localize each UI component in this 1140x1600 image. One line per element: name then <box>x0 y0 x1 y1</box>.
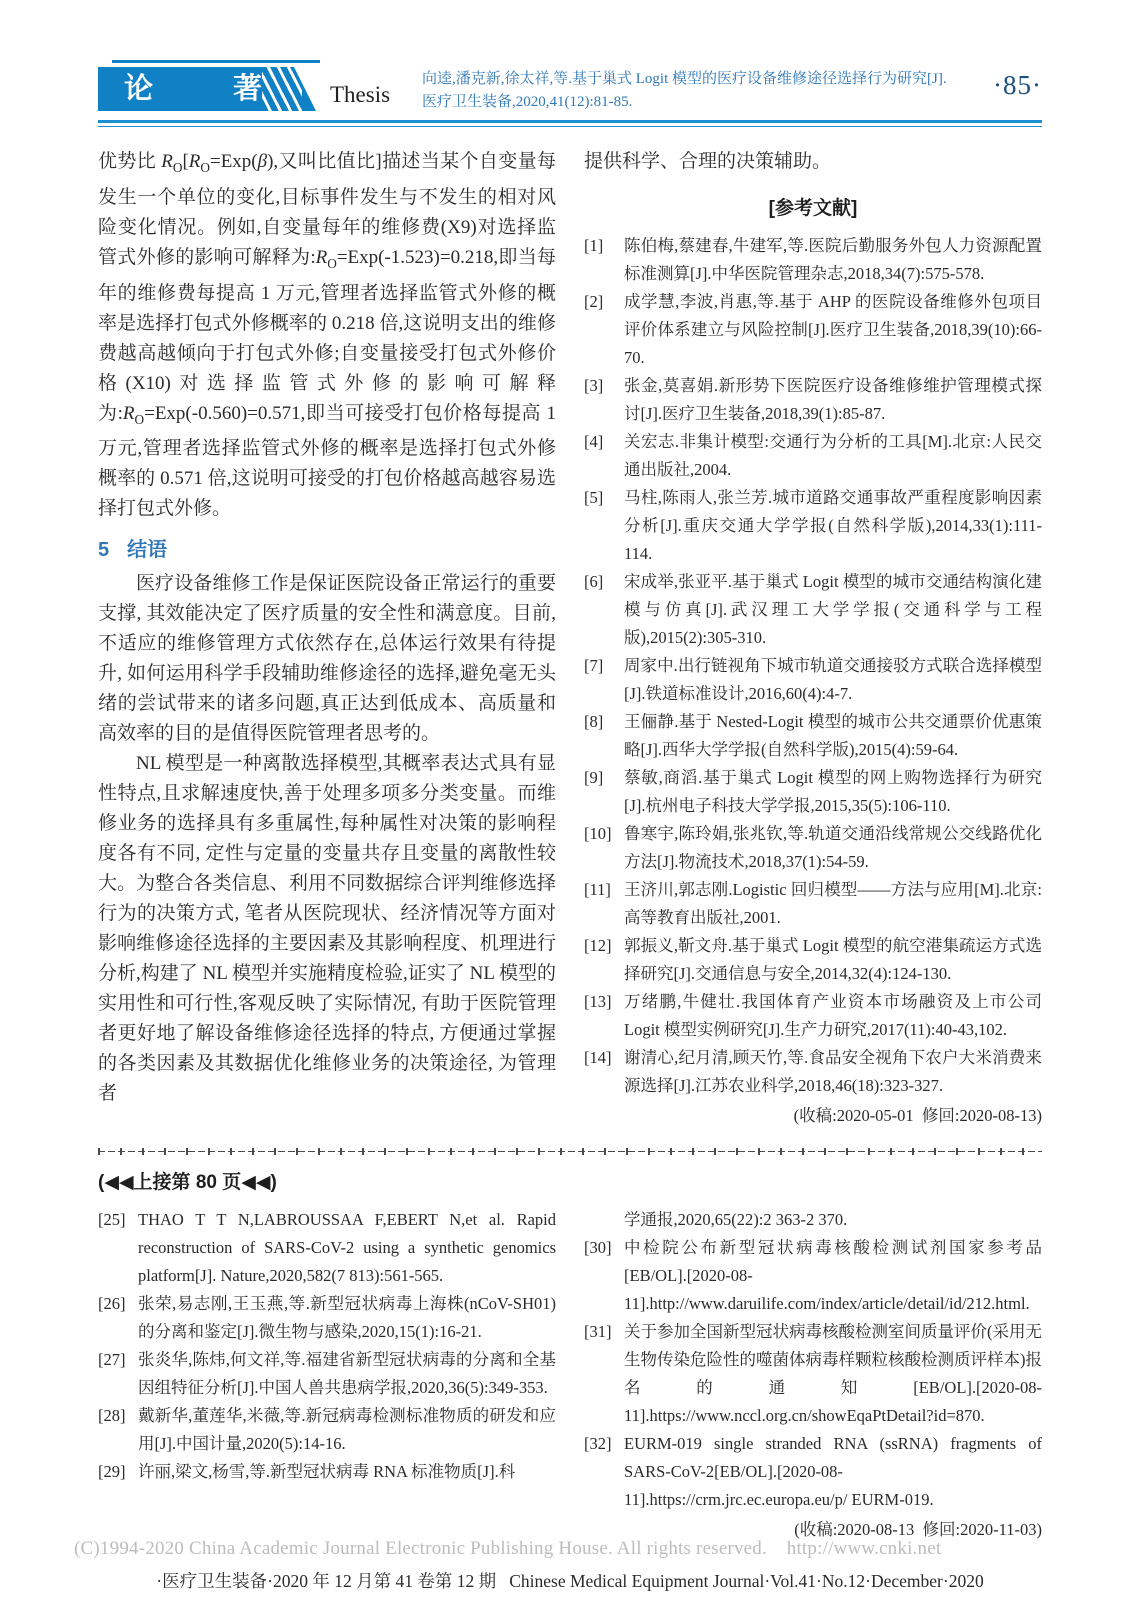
reference-item: [11] 王济川,郭志刚.Logistic 回归模型——方法与应用[M].北京:… <box>584 876 1042 932</box>
reference-item: [4] 关宏志.非集计模型:交通行为分析的工具[M].北京:人民交通出版社,20… <box>584 428 1042 484</box>
journal-page: 论 著 Thesis 向逵,潘克新,徐太祥,等.基于巢式 Logit 模型的医疗… <box>0 0 1140 1600</box>
reference-text: 宋成举,张亚平.基于巢式 Logit 模型的城市交通结构演化建模与仿真[J].武… <box>624 568 1042 652</box>
reference-label: [27] <box>98 1346 138 1402</box>
references-title: [参考文献] <box>584 193 1042 220</box>
reference-label: [30] <box>584 1234 624 1318</box>
reference-label: [12] <box>584 932 624 988</box>
paragraph-conclusion-1: 医疗设备维修工作是保证医院设备正常运行的重要支撑, 其效能决定了医疗质量的安全性… <box>98 569 556 749</box>
reference-label: [29] <box>98 1458 138 1486</box>
journal-brand: 论 著 Thesis <box>98 60 398 111</box>
reference-label: [10] <box>584 820 624 876</box>
reference-item: [27] 张炎华,陈炜,何文祥,等.福建省新型冠状病毒的分离和全基因组特征分析[… <box>98 1346 556 1402</box>
banner-top-rule <box>112 60 320 63</box>
reference-label: [9] <box>584 764 624 820</box>
reference-text: 中检院公布新型冠状病毒核酸检测试剂国家参考品[EB/OL].[2020-08-1… <box>624 1234 1042 1318</box>
received-revised-note: (收稿:2020-05-01 修回:2020-08-13) <box>584 1102 1042 1130</box>
reference-text: 马柱,陈雨人,张兰芳.城市道路交通事故严重程度影响因素分析[J].重庆交通大学学… <box>624 484 1042 568</box>
reference-text: 蔡敏,商滔.基于巢式 Logit 模型的网上购物选择行为研究[J].杭州电子科技… <box>624 764 1042 820</box>
reference-text: 张金,莫喜娟.新形势下医院医疗设备维修维护管理模式探讨[J].医疗卫生装备,20… <box>624 372 1042 428</box>
reference-text: 许丽,梁文,杨雪,等.新型冠状病毒 RNA 标准物质[J].科 <box>138 1458 556 1486</box>
reference-item: [3] 张金,莫喜娟.新形势下医院医疗设备维修维护管理模式探讨[J].医疗卫生装… <box>584 372 1042 428</box>
reference-text: EURM-019 single stranded RNA (ssRNA) fra… <box>624 1430 1042 1514</box>
main-columns: 优势比 RO[RO=Exp(β),又叫比值比]描述当某个自变量每发生一个单位的变… <box>98 147 1042 1130</box>
journal-footer-line: ·医疗卫生装备·2020 年 12 月第 41 卷第 12 期 Chinese … <box>98 1568 1042 1593</box>
reference-label: [8] <box>584 708 624 764</box>
thesis-label: Thesis <box>330 70 390 108</box>
reference-item: [13] 万绪鹏,牛健壮.我国体育产业资本市场融资及上市公司 Logit 模型实… <box>584 988 1042 1044</box>
reference-label: [2] <box>584 288 624 372</box>
continuation-columns: [25] THAO T T N,LABROUSSAA F,EBERT N,et … <box>98 1206 1042 1544</box>
reference-text: 张荣,易志刚,王玉燕,等.新型冠状病毒上海株(nCoV-SH01)的分离和鉴定[… <box>138 1290 556 1346</box>
reference-text: THAO T T N,LABROUSSAA F,EBERT N,et al. R… <box>138 1206 556 1290</box>
reference-item: [7] 周家中.出行链视角下城市轨道交通接驳方式联合选择模型[J].铁道标准设计… <box>584 652 1042 708</box>
reference-label: [7] <box>584 652 624 708</box>
reference-text: 张炎华,陈炜,何文祥,等.福建省新型冠状病毒的分离和全基因组特征分析[J].中国… <box>138 1346 556 1402</box>
reference-text: 关于参加全国新型冠状病毒核酸检测室间质量评价(采用无生物传染危险性的噬菌体病毒样… <box>624 1318 1042 1430</box>
cnki-copyright-line: (C)1994-2020 China Academic Journal Elec… <box>74 1538 941 1560</box>
page-number: ·85· <box>993 60 1042 101</box>
reference-item: [12] 郭振义,靳文舟.基于巢式 Logit 模型的航空港集疏运方式选择研究[… <box>584 932 1042 988</box>
reference-label: [1] <box>584 232 624 288</box>
reference-label: [11] <box>584 876 624 932</box>
continuation-right-references: [30] 中检院公布新型冠状病毒核酸检测试剂国家参考品[EB/OL].[2020… <box>584 1234 1042 1514</box>
paragraph-odds-ratio: 优势比 RO[RO=Exp(β),又叫比值比]描述当某个自变量每发生一个单位的变… <box>98 147 556 524</box>
thesis-banner: 论 著 <box>98 67 316 111</box>
reference-text: 郭振义,靳文舟.基于巢式 Logit 模型的航空港集疏运方式选择研究[J].交通… <box>624 932 1042 988</box>
reference-item: [8] 王俪静.基于 Nested-Logit 模型的城市公共交通票价优惠策略[… <box>584 708 1042 764</box>
reference-item: [26] 张荣,易志刚,王玉燕,等.新型冠状病毒上海株(nCoV-SH01)的分… <box>98 1290 556 1346</box>
continuation-right-column: 学通报,2020,65(22):2 363-2 370. [30] 中检院公布新… <box>584 1206 1042 1544</box>
section-heading-conclusion: 5结语 <box>98 533 556 562</box>
reference-text: 王俪静.基于 Nested-Logit 模型的城市公共交通票价优惠策略[J].西… <box>624 708 1042 764</box>
banner-char-lun: 论 <box>124 75 153 104</box>
reference-label: [6] <box>584 568 624 652</box>
reference-item: [28] 戴新华,董莲华,米薇,等.新冠病毒检测标准物质的研发和应用[J].中国… <box>98 1402 556 1458</box>
reference-label: [5] <box>584 484 624 568</box>
reference-text: 万绪鹏,牛健壮.我国体育产业资本市场融资及上市公司 Logit 模型实例研究[J… <box>624 988 1042 1044</box>
reference-item: [5] 马柱,陈雨人,张兰芳.城市道路交通事故严重程度影响因素分析[J].重庆交… <box>584 484 1042 568</box>
reference-item: [32] EURM-019 single stranded RNA (ssRNA… <box>584 1430 1042 1514</box>
reference-text: 成学慧,李波,肖惠,等.基于 AHP 的医院设备维修外包项目评价体系建立与风险控… <box>624 288 1042 372</box>
reference-label: [32] <box>584 1430 624 1514</box>
section-divider <box>98 1148 1042 1155</box>
header-double-rule <box>98 120 1042 127</box>
reference-carryover-line: 学通报,2020,65(22):2 363-2 370. <box>624 1206 1042 1234</box>
continued-from-note: (◀◀上接第 80 页◀◀) <box>98 1167 1042 1194</box>
reference-item: [30] 中检院公布新型冠状病毒核酸检测试剂国家参考品[EB/OL].[2020… <box>584 1234 1042 1318</box>
reference-item: [6] 宋成举,张亚平.基于巢式 Logit 模型的城市交通结构演化建模与仿真[… <box>584 568 1042 652</box>
reference-item: [31] 关于参加全国新型冠状病毒核酸检测室间质量评价(采用无生物传染危险性的噬… <box>584 1318 1042 1430</box>
left-column: 优势比 RO[RO=Exp(β),又叫比值比]描述当某个自变量每发生一个单位的变… <box>98 147 556 1130</box>
reference-text: 周家中.出行链视角下城市轨道交通接驳方式联合选择模型[J].铁道标准设计,201… <box>624 652 1042 708</box>
right-column: 提供科学、合理的决策辅助。 [参考文献] [1] 陈伯梅,蔡建春,牛建军,等.医… <box>584 147 1042 1130</box>
citation-line-2: 医疗卫生装备,2020,41(12):81-85. <box>422 91 975 114</box>
reference-item: [9] 蔡敏,商滔.基于巢式 Logit 模型的网上购物选择行为研究[J].杭州… <box>584 764 1042 820</box>
paragraph-conclusion-2: NL 模型是一种离散选择模型,其概率表达式具有显性特点,且求解速度快,善于处理多… <box>98 749 556 1109</box>
reference-label: [3] <box>584 372 624 428</box>
reference-item: [29] 许丽,梁文,杨雪,等.新型冠状病毒 RNA 标准物质[J].科 <box>98 1458 556 1486</box>
reference-label: [25] <box>98 1206 138 1290</box>
reference-text: 鲁寒宇,陈玲娟,张兆钦,等.轨道交通沿线常规公交线路优化方法[J].物流技术,2… <box>624 820 1042 876</box>
continuation-left-column: [25] THAO T T N,LABROUSSAA F,EBERT N,et … <box>98 1206 556 1544</box>
references-list: [1] 陈伯梅,蔡建春,牛建军,等.医院后勤服务外包人力资源配置标准测算[J].… <box>584 232 1042 1100</box>
reference-label: [13] <box>584 988 624 1044</box>
reference-label: [31] <box>584 1318 624 1430</box>
running-citation: 向逵,潘克新,徐太祥,等.基于巢式 Logit 模型的医疗设备维修途径选择行为研… <box>422 60 975 114</box>
reference-text: 谢清心,纪月清,顾天竹,等.食品安全视角下农户大米消费来源选择[J].江苏农业科… <box>624 1044 1042 1100</box>
citation-line-1: 向逵,潘克新,徐太祥,等.基于巢式 Logit 模型的医疗设备维修途径选择行为研… <box>422 68 975 91</box>
reference-label: [14] <box>584 1044 624 1100</box>
reference-text: 王济川,郭志刚.Logistic 回归模型——方法与应用[M].北京:高等教育出… <box>624 876 1042 932</box>
banner-diagonal-stripes-icon <box>262 67 302 111</box>
section-number: 5 <box>98 539 109 561</box>
reference-text: 关宏志.非集计模型:交通行为分析的工具[M].北京:人民交通出版社,2004. <box>624 428 1042 484</box>
banner-char-zhu: 著 <box>233 75 262 104</box>
section-title: 结语 <box>127 539 167 561</box>
continuation-left-references: [25] THAO T T N,LABROUSSAA F,EBERT N,et … <box>98 1206 556 1486</box>
reference-item: [1] 陈伯梅,蔡建春,牛建军,等.医院后勤服务外包人力资源配置标准测算[J].… <box>584 232 1042 288</box>
reference-text: 陈伯梅,蔡建春,牛建军,等.医院后勤服务外包人力资源配置标准测算[J].中华医院… <box>624 232 1042 288</box>
reference-text: 戴新华,董莲华,米薇,等.新冠病毒检测标准物质的研发和应用[J].中国计量,20… <box>138 1402 556 1458</box>
reference-label: [26] <box>98 1290 138 1346</box>
reference-label: [28] <box>98 1402 138 1458</box>
page-header: 论 著 Thesis 向逵,潘克新,徐太祥,等.基于巢式 Logit 模型的医疗… <box>98 60 1042 114</box>
reference-label: [4] <box>584 428 624 484</box>
reference-item: [14] 谢清心,纪月清,顾天竹,等.食品安全视角下农户大米消费来源选择[J].… <box>584 1044 1042 1100</box>
reference-item: [2] 成学慧,李波,肖惠,等.基于 AHP 的医院设备维修外包项目评价体系建立… <box>584 288 1042 372</box>
reference-item: [10] 鲁寒宇,陈玲娟,张兆钦,等.轨道交通沿线常规公交线路优化方法[J].物… <box>584 820 1042 876</box>
paragraph-column2-intro: 提供科学、合理的决策辅助。 <box>584 147 1042 177</box>
reference-item: [25] THAO T T N,LABROUSSAA F,EBERT N,et … <box>98 1206 556 1290</box>
